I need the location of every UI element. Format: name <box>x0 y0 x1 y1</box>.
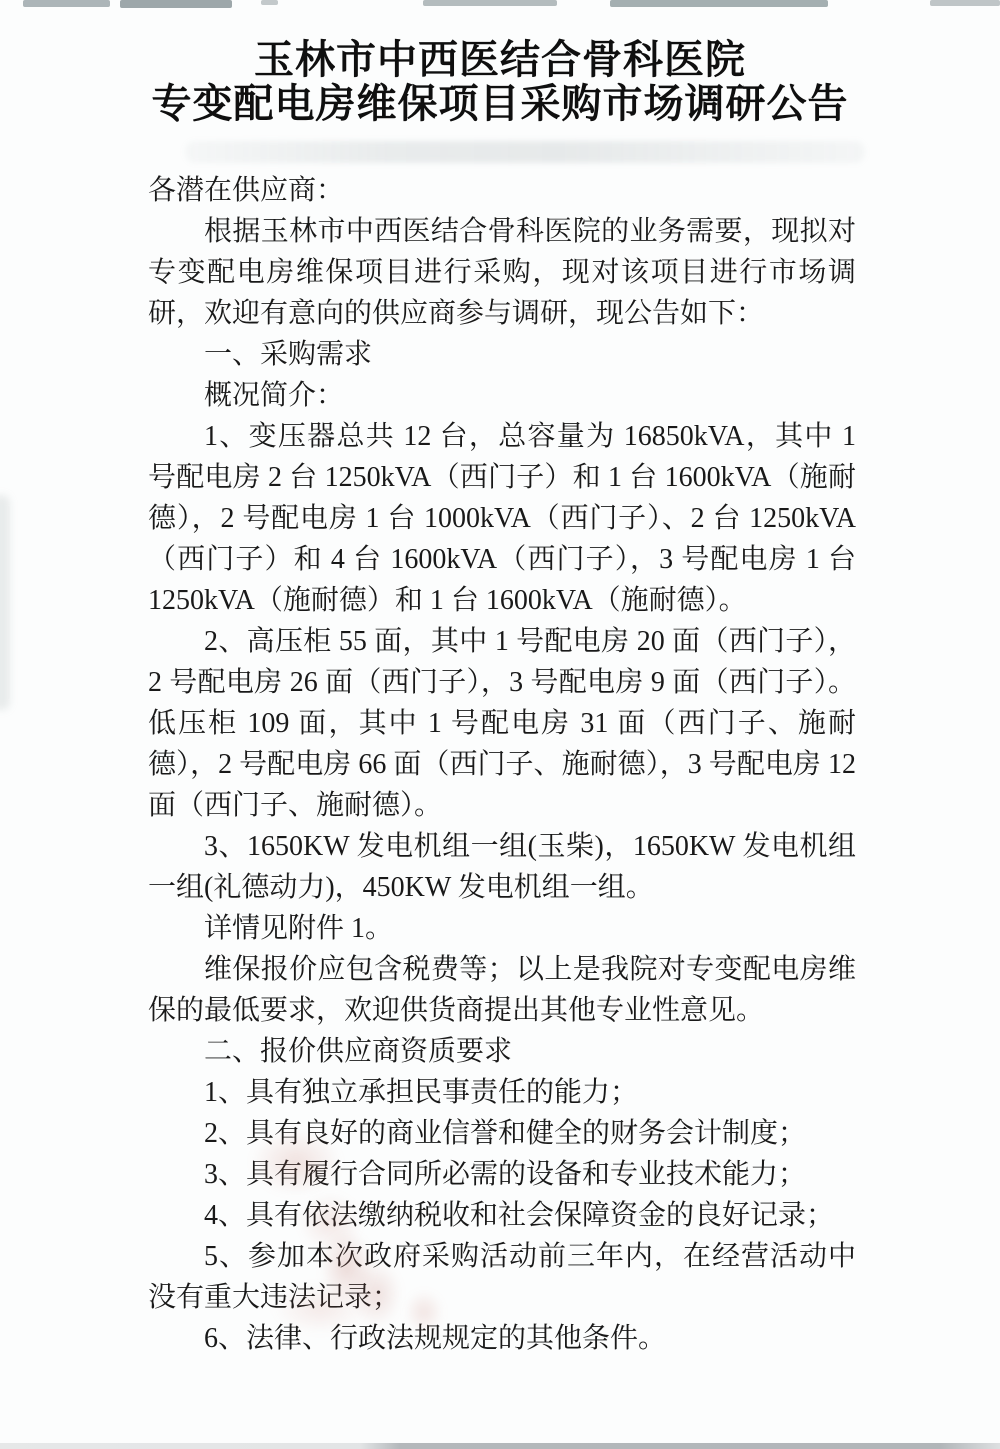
document-body: 各潜在供应商： 根据玉林市中西医结合骨科医院的业务需要，现拟对专变配电房维保项目… <box>148 170 856 1359</box>
scan-artifact-top-mark <box>23 0 110 7</box>
scanned-document-page: 玉林市中西医结合骨科医院 专变配电房维保项目采购市场调研公告 各潜在供应商： 根… <box>0 0 1000 1449</box>
document-title: 玉林市中西医结合骨科医院 专变配电房维保项目采购市场调研公告 <box>0 0 1000 126</box>
scan-artifact-stamp-stain <box>250 1128 342 1196</box>
paragraph-requirement-5: 5、参加本次政府采购活动前三年内，在经营活动中没有重大违法记录； <box>148 1236 856 1318</box>
document-title-line-2: 专变配电房维保项目采购市场调研公告 <box>0 82 1000 126</box>
paragraph-attachment-note: 详情见附件 1。 <box>148 908 856 949</box>
paragraph-item-2: 2、高压柜 55 面，其中 1 号配电房 20 面（西门子），2 号配电房 26… <box>148 621 856 826</box>
paragraph-requirement-1: 1、具有独立承担民事责任的能力； <box>148 1072 856 1113</box>
scan-artifact-top-mark <box>930 0 1000 6</box>
scan-artifact-bottom-edge <box>0 1443 1000 1449</box>
paragraph-pricing-note: 维保报价应包含税费等；以上是我院对专变配电房维保的最低要求，欢迎供货商提出其他专… <box>148 949 856 1031</box>
scan-artifact-edge-smudge <box>0 495 10 710</box>
section-2-heading: 二、报价供应商资质要求 <box>148 1031 856 1072</box>
paragraph-greeting: 各潜在供应商： <box>148 170 856 211</box>
section-1-heading: 一、采购需求 <box>148 334 856 375</box>
paragraph-requirement-6: 6、法律、行政法规规定的其他条件。 <box>148 1318 856 1359</box>
paragraph-overview-label: 概况简介： <box>148 375 856 416</box>
scan-artifact-ink-bleed <box>185 141 865 163</box>
scan-artifact-top-mark <box>423 0 557 6</box>
paragraph-intro: 根据玉林市中西医结合骨科医院的业务需要，现拟对专变配电房维保项目进行采购，现对该… <box>148 211 856 334</box>
scan-artifact-top-mark <box>610 0 828 7</box>
paragraph-requirement-4: 4、具有依法缴纳税收和社会保障资金的良好记录； <box>148 1195 856 1236</box>
paragraph-item-3: 3、1650KW 发电机组一组(玉柴)，1650KW 发电机组一组(礼德动力)，… <box>148 826 856 908</box>
scan-artifact-top-mark <box>120 0 232 8</box>
scan-artifact-top-mark <box>261 0 278 5</box>
scan-artifact-stamp-stain <box>272 1282 368 1334</box>
paragraph-item-1: 1、变压器总共 12 台，总容量为 16850kVA，其中 1 号配电房 2 台… <box>148 416 856 621</box>
scan-artifact-stamp-stain <box>404 1290 444 1334</box>
document-title-line-1: 玉林市中西医结合骨科医院 <box>0 38 1000 82</box>
